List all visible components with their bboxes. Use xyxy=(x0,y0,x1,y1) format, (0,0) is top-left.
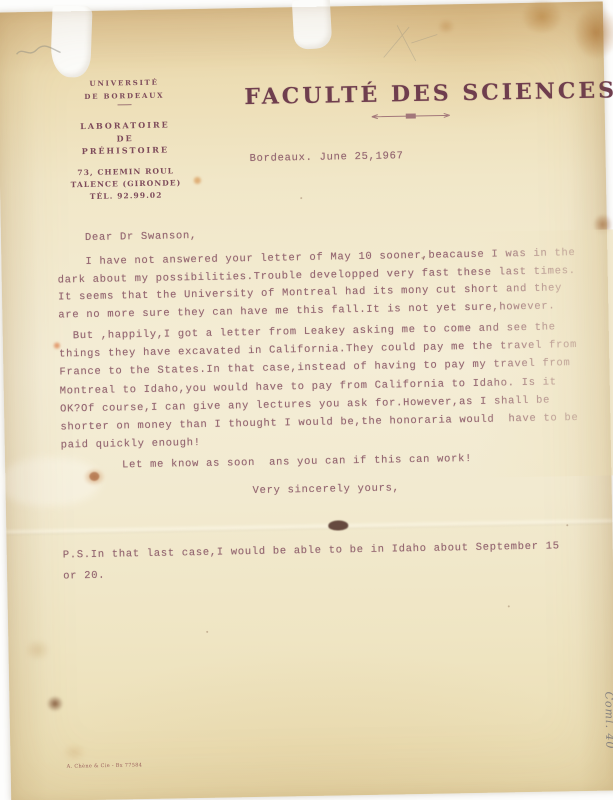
paper-speck xyxy=(206,631,208,633)
faint-ring-stain-bottom-left xyxy=(24,639,50,661)
letterhead-divider xyxy=(118,104,132,105)
scratch-marks-top xyxy=(375,16,446,67)
title-ornament xyxy=(370,110,452,122)
scanned-letter-page: UNIVERSITÉ DE BORDEAUX LABORATOIRE DE PR… xyxy=(0,2,613,800)
torn-paper-patch-center xyxy=(292,0,333,50)
faint-stain-bottom-left xyxy=(62,743,86,761)
dateline: Bordeaux. June 25,1967 xyxy=(249,148,403,168)
margin-handwriting: Coml. 40 xyxy=(602,691,613,749)
letterhead-address-city: TALENCE (GIRONDE) xyxy=(56,176,196,191)
horizontal-crease xyxy=(6,517,612,535)
closing-line: Let me know as soon ans you can if this … xyxy=(122,451,472,475)
postscript: P.S.In that last case,I would be able to… xyxy=(63,535,613,587)
letterhead-university-line2: DE BORDEAUX xyxy=(54,88,194,104)
paragraph-1: I have not answered your letter of May 1… xyxy=(57,244,613,325)
letterhead-laboratory-line3: PRÉHISTOIRE xyxy=(55,143,195,158)
paragraph-2: But ,happily,I got a letter from Leakey … xyxy=(59,317,613,455)
signoff: Very sincerely yours, xyxy=(252,480,399,500)
faculty-title: FACULTÉ DES SCIENCES xyxy=(244,79,544,110)
stain-right-edge xyxy=(593,213,613,235)
stain-top-right-corner xyxy=(573,5,613,60)
ink-blot xyxy=(328,520,348,530)
printer-mark: A. Chène & Cie - Bx 77584 xyxy=(67,762,143,769)
paper-speck xyxy=(300,197,302,199)
stain-top-right xyxy=(521,0,564,35)
paper-speck xyxy=(566,524,568,526)
pencil-scribble-top-left xyxy=(13,39,65,64)
paper-speck xyxy=(508,605,510,607)
dark-spot-bottom-left xyxy=(46,696,63,712)
salutation: Dear Dr Swanson, xyxy=(85,228,197,248)
letterhead-block: UNIVERSITÉ DE BORDEAUX LABORATOIRE DE PR… xyxy=(54,75,196,203)
